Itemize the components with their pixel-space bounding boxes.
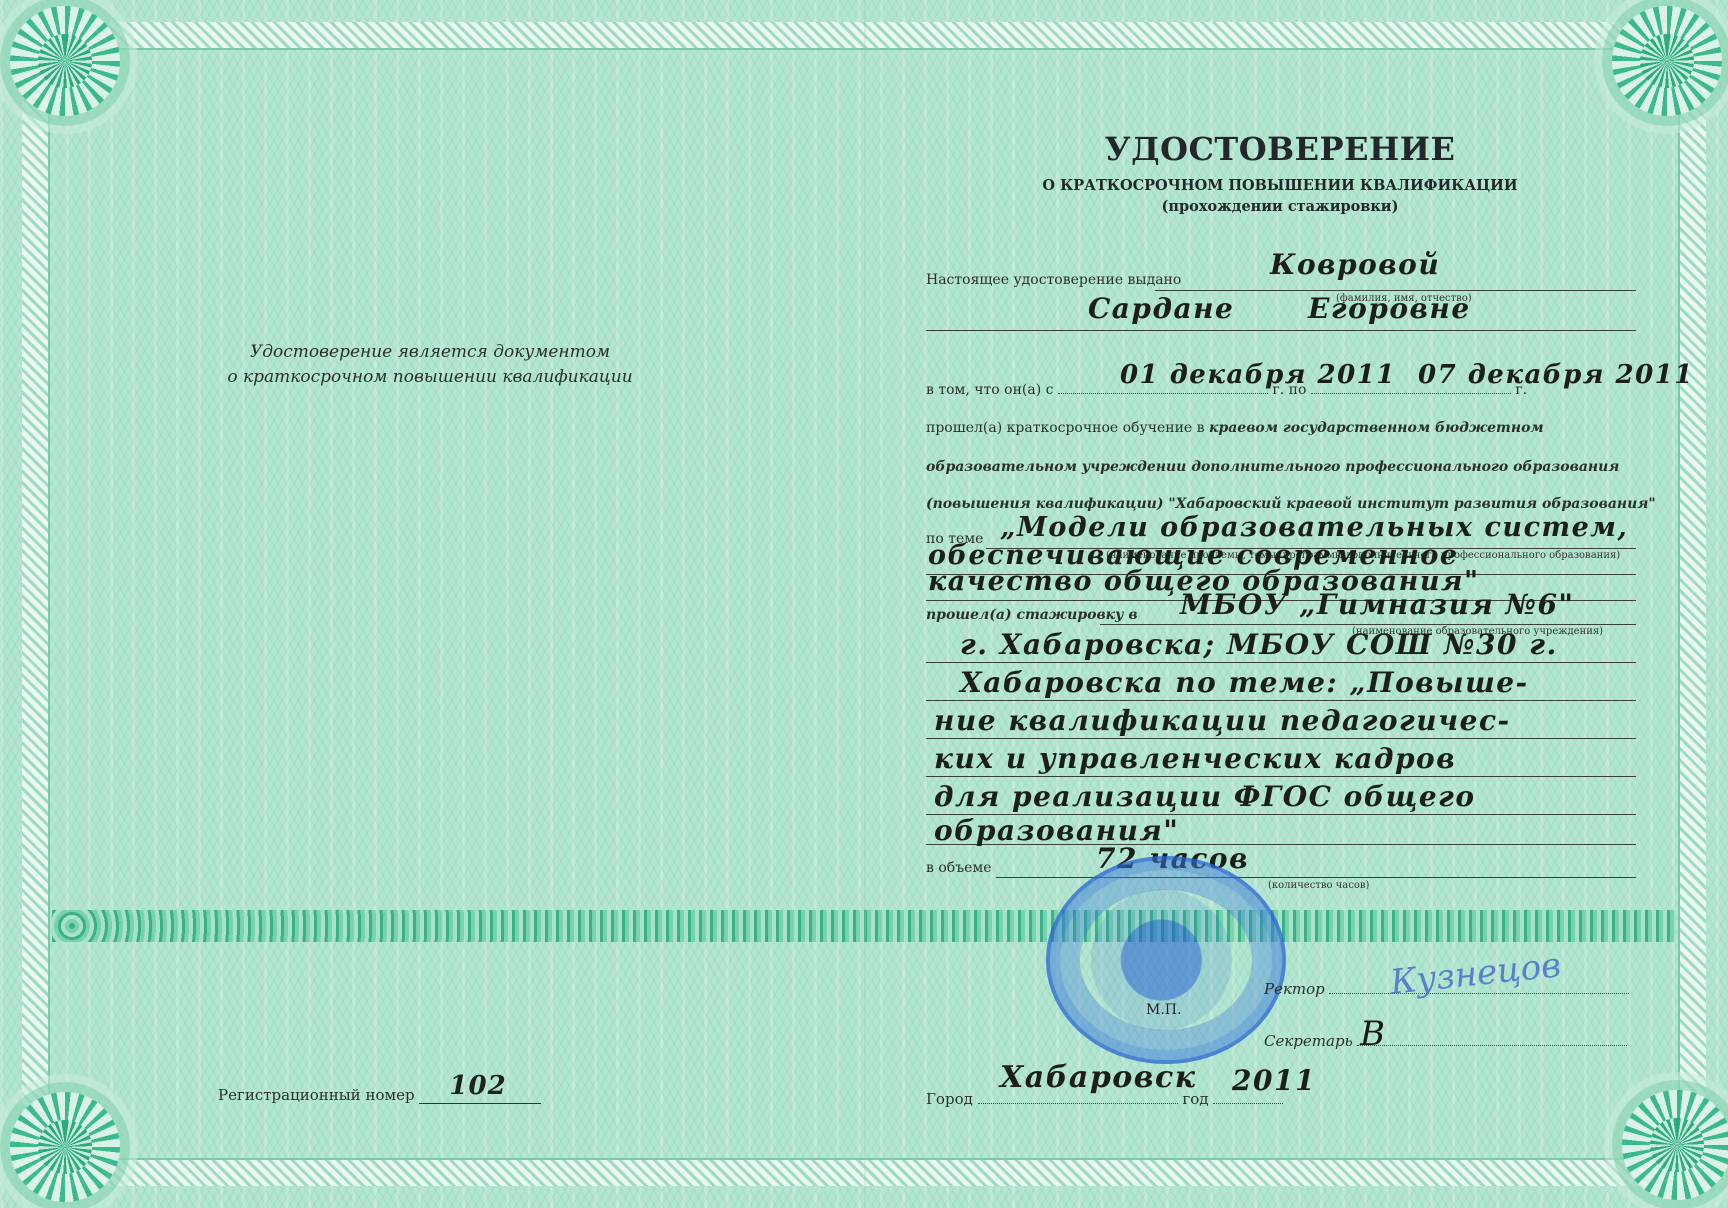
note-line-1: Удостоверение является документом xyxy=(180,340,680,365)
period-to: 07 декабря 2011 xyxy=(1418,360,1694,390)
left-page-note: Удостоверение является документом о крат… xyxy=(180,340,680,390)
internship-label: прошел(а) стажировку в xyxy=(926,607,1138,623)
institution-line-3: (повышения квалификации) "Хабаровский кр… xyxy=(926,496,1656,512)
issued-given-name: Сардане xyxy=(1088,292,1234,325)
rosette-bottom-right-icon xyxy=(1622,1090,1728,1200)
period-from: 01 декабря 2011 xyxy=(1120,360,1396,390)
internship-line-1: МБОУ „Гимназия №6" xyxy=(1180,588,1575,621)
issued-rule-1 xyxy=(1155,290,1636,291)
city-value: Хабаровск xyxy=(1000,1060,1197,1095)
rosette-top-right-icon xyxy=(1612,6,1722,116)
rosette-bottom-left-icon xyxy=(10,1092,120,1202)
year-value: 2011 xyxy=(1232,1064,1316,1097)
internship-rule-2 xyxy=(926,662,1636,663)
city-label: Город xyxy=(926,1090,973,1108)
rosette-top-left-icon xyxy=(10,6,120,116)
internship-rule-4 xyxy=(926,738,1636,739)
topic-line-1: „Модели образовательных систем, xyxy=(1000,512,1628,543)
volume-caption: (количество часов) xyxy=(1268,880,1369,891)
issued-rule-2 xyxy=(926,330,1636,331)
reg-number-value: 102 xyxy=(449,1071,506,1101)
internship-line-6: для реализации ФГОС общего xyxy=(934,780,1476,813)
period-prefix: в том, что он(а) с xyxy=(926,382,1054,398)
stamp-label: М.П. xyxy=(1146,1002,1181,1018)
internship-rule-5 xyxy=(926,776,1636,777)
page-fold xyxy=(864,0,866,1208)
official-stamp xyxy=(1046,856,1286,1064)
internship-rule-3 xyxy=(926,700,1636,701)
internship-rule-1 xyxy=(1100,624,1636,625)
reg-label: Регистрационный номер xyxy=(218,1086,415,1104)
institution-line-1: прошел(а) краткосрочное обучение в краев… xyxy=(926,420,1544,436)
issued-surname: Ковровой xyxy=(1270,248,1440,281)
reg-number-field: 102 xyxy=(419,1085,541,1104)
issued-label: Настоящее удостоверение выдано xyxy=(926,272,1181,288)
city-field xyxy=(978,1103,1178,1104)
document-title: УДОСТОВЕРЕНИЕ xyxy=(1000,130,1560,168)
note-line-2: о краткосрочном повышении квалификации xyxy=(180,365,680,390)
secretary-signature-line xyxy=(1357,1045,1627,1046)
institution-line-2: образовательном учреждении дополнительно… xyxy=(926,459,1619,475)
rector-label-text: Ректор xyxy=(1264,980,1325,998)
issued-patronymic: Егоровне xyxy=(1308,292,1471,325)
document-subtitle-2: (прохождении стажировки) xyxy=(1000,198,1560,215)
institution-line-1-bold: краевом государственном бюджетном xyxy=(1209,420,1544,436)
volume-label: в объеме xyxy=(926,860,992,876)
institution-line-1-plain: прошел(а) краткосрочное обучение в xyxy=(926,420,1209,436)
internship-line-2: г. Хабаровска; МБОУ СОШ №30 г. xyxy=(960,628,1558,661)
secretary-label: Секретарь xyxy=(1264,1032,1627,1050)
internship-line-5: ких и управленческих кадров xyxy=(934,742,1456,775)
period-from-field xyxy=(1058,393,1268,394)
document-subtitle: О КРАТКОСРОЧНОМ ПОВЫШЕНИИ КВАЛИФИКАЦИИ xyxy=(1000,177,1560,194)
year-field xyxy=(1213,1103,1283,1104)
registration-number: Регистрационный номер 102 xyxy=(218,1085,541,1104)
secretary-label-text: Секретарь xyxy=(1264,1032,1353,1050)
internship-line-4: ние квалификации педагогичес- xyxy=(934,704,1511,737)
internship-line-3: Хабаровска по теме: „Повыше- xyxy=(960,666,1529,699)
secretary-signature: В xyxy=(1360,1014,1385,1054)
period-to-field xyxy=(1311,393,1511,394)
